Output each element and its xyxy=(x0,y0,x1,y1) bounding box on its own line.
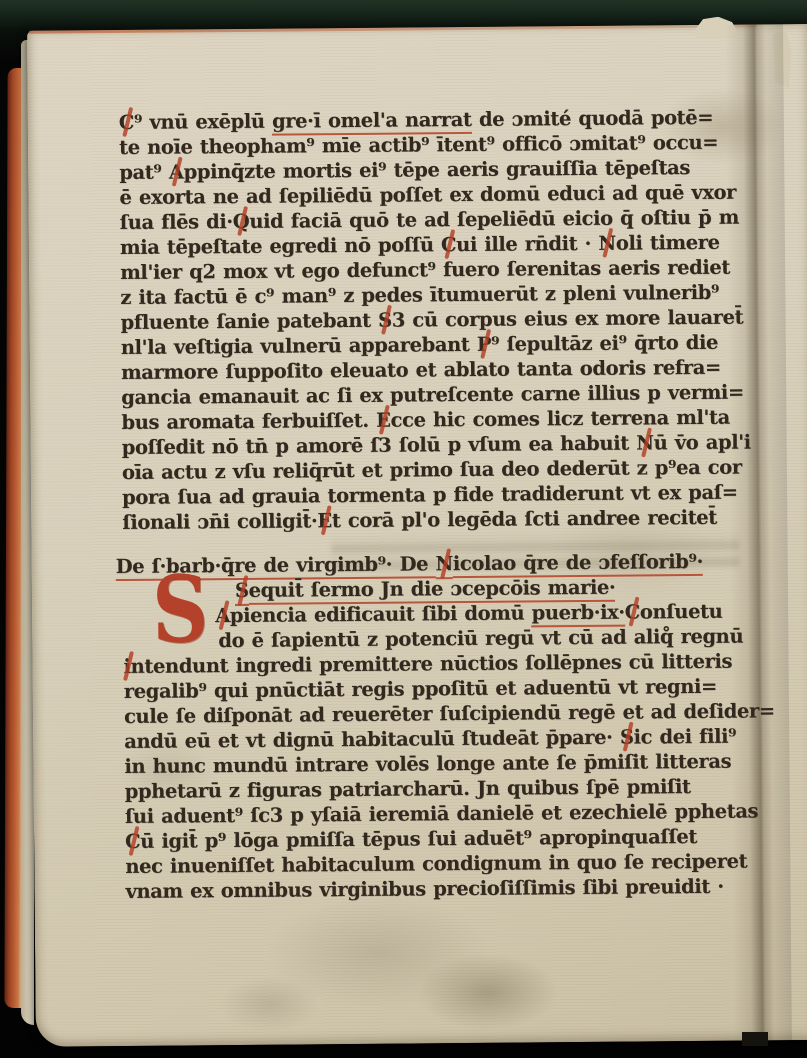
red-underlined-text: icolao q̄re de ɔfeſſorib⁹· xyxy=(453,550,703,578)
text-segment: bus aromata ferbuiſſet. xyxy=(121,409,376,434)
book-page: S C⁹ vnū exēplū gre·ī omel'a narrat de ɔ… xyxy=(27,24,807,1047)
rubric-stroked-capital: N xyxy=(435,551,453,579)
text-segment: andū eū et vt dignū habitaculū ſtudeāt p… xyxy=(124,726,620,753)
rubric-stroked-capital: C xyxy=(441,232,456,257)
rubric-stroked-capital: C xyxy=(119,110,134,135)
text-segment: pfluente ſanie patebant xyxy=(120,309,378,334)
text-segment: ⁹ ſepultāz ei⁹ q̄rto die xyxy=(491,331,718,356)
rubric-stroked-capital: N xyxy=(598,231,616,256)
rubric-stroked-capital: C xyxy=(625,599,640,624)
rubric-stroked-capital: N xyxy=(636,430,654,455)
text-segment: ſua flēs di· xyxy=(120,210,233,234)
text-segment: poſſedit nō tn̄ p amorē ſ3 ſolū p vſum e… xyxy=(122,432,637,459)
text-segment: vnam ex omnibus virginibus precioſiſſimi… xyxy=(125,875,723,903)
text-segment: t corā pl'o legēda ſcti andree recitet̄ xyxy=(332,506,717,532)
text-segment: 3 cū corpus eius ex more lauaret̄ xyxy=(392,306,744,332)
text-segment: ⁹ vnū exēplū xyxy=(134,110,272,134)
text-segment: nl'la veſtigia vulnerū apparebant xyxy=(121,333,477,359)
rubric-stroked-capital: P xyxy=(477,332,491,357)
text-segment: oli timere xyxy=(616,231,720,255)
rubric-stroked-capital: S xyxy=(620,725,634,750)
text-segment: onſuetu xyxy=(640,600,723,624)
text-segment: mia tēpeſtate egredi nō poſſū xyxy=(120,233,441,259)
text-segment: ſionali ɔn̄i colligit̄· xyxy=(122,509,317,534)
text-line: poſſedit nō tn̄ p amorē ſ3 ſolū p vſum e… xyxy=(122,430,734,460)
text-segment: ū igit̄ p⁹ lōga pmiſſa tēpus ſui aduēt⁹ … xyxy=(140,825,697,853)
text-segment: piencia edificauit ſibi domū xyxy=(230,601,532,627)
photo-background: S C⁹ vnū exēplū gre·ī omel'a narrat de ɔ… xyxy=(0,0,807,1058)
rubric-stroked-capital: S xyxy=(235,578,249,606)
rubric-stroked-capital: A xyxy=(215,603,230,628)
red-underlined-text: puerb·ix· xyxy=(531,601,624,628)
text-segment: pat⁹ xyxy=(119,161,169,184)
rubric-stroked-capital: C xyxy=(125,829,140,854)
text-segment: uid faciā quō te ad ſepeliēdū eicio q̄ o… xyxy=(249,206,739,233)
text-block: S C⁹ vnū exēplū gre·ī omel'a narrat de ɔ… xyxy=(119,105,738,904)
rubric-stroked-capital: i xyxy=(123,654,130,679)
rubric-stroked-capital: Q xyxy=(233,209,250,234)
rubric-stroked-capital: E xyxy=(317,508,332,533)
text-segment: de ɔmité quodā potē= xyxy=(471,106,713,131)
text-segment: cce hic comes licz terrena ml'ta xyxy=(390,406,729,432)
text-segment: ū v̄o apl'i xyxy=(653,431,750,455)
text-segment: ic dei fili⁹ xyxy=(633,725,736,749)
rubric-stroked-capital: S xyxy=(378,308,392,333)
text-line: vnam ex omnibus virginibus precioſiſſimi… xyxy=(125,874,737,904)
text-line: ſionali ɔn̄i colligit̄·Et corā pl'o legē… xyxy=(122,505,734,535)
rubricated-heading-line: De ſ·barb·q̄re de virgimb⁹· De Nicolao q… xyxy=(116,549,735,579)
text-segment: do ē ſapientū z potenciū regū vt cū ad a… xyxy=(218,625,743,653)
rubric-stroked-capital: E xyxy=(376,408,391,433)
text-segment: ppinq̄zte mortis ei⁹ tēpe aeris grauiſſi… xyxy=(184,156,691,183)
binding-shadow-notch xyxy=(742,1032,768,1046)
text-segment: ui ille rn̄dit · xyxy=(456,232,598,256)
drop-cap-initial: S xyxy=(152,573,209,645)
rubric-stroked-capital: A xyxy=(169,159,184,184)
